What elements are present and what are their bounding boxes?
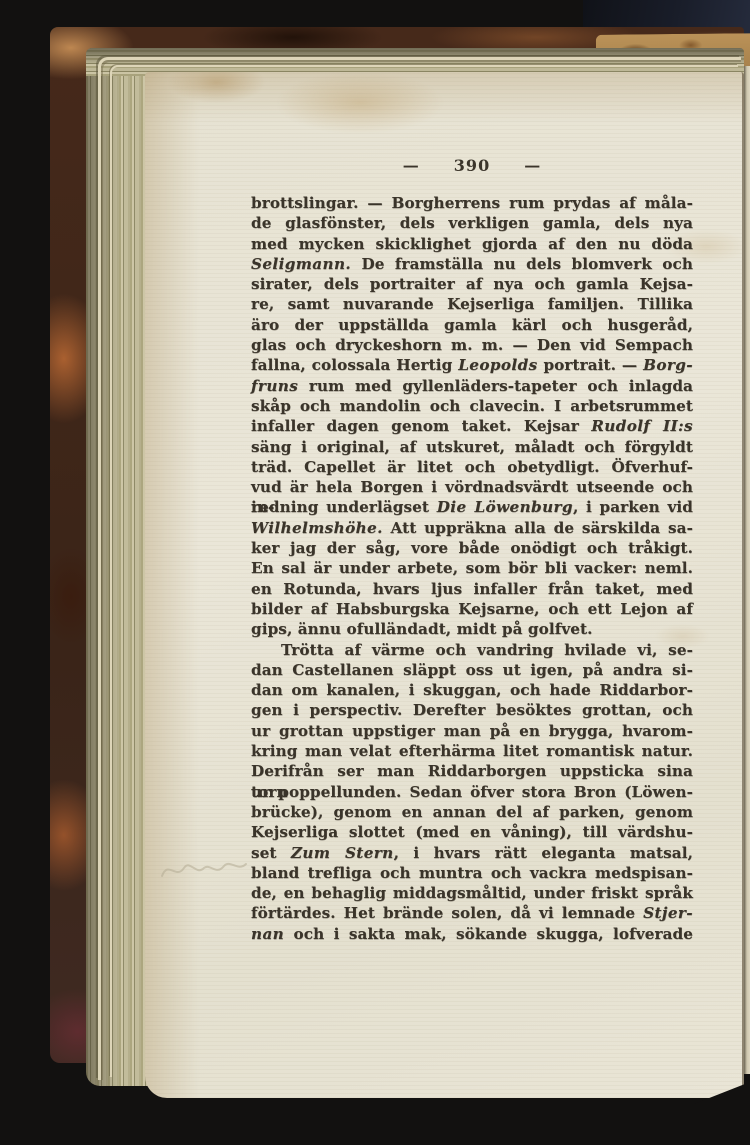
text-line: En sal är under arbete, som bör bli vack…: [251, 558, 693, 578]
text-line: dan Castellanen släppt oss ut igen, på a…: [251, 660, 693, 680]
text-block: brottslingar. — Borgherrens rum prydas a…: [251, 193, 693, 944]
text-line: förtärdes. Het brände solen, då vi lemna…: [251, 903, 693, 923]
text-line: de, en behaglig middagsmåltid, under fri…: [251, 883, 693, 903]
text-line: Derifrån ser man Riddarborgen uppsticka …: [251, 761, 693, 781]
text-line: nan och i sakta mak, sökande skugga, lof…: [251, 924, 693, 944]
pencil-scribble-mark: [158, 846, 250, 894]
adjacent-page-edge: [744, 66, 750, 1074]
page-header: — 390 —: [251, 156, 693, 175]
text-line: redning underlägset Die Löwenburg, i par…: [251, 497, 693, 517]
text-line: set Zum Stern, i hvars rätt eleganta mat…: [251, 843, 693, 863]
text-line: Seligmann. De framställa nu dels blomver…: [251, 254, 693, 274]
text-line: Trötta af värme och vandring hvilade vi,…: [251, 640, 693, 660]
photo-background: { "page": { "header": { "left_dash": "—"…: [0, 0, 750, 1145]
text-line: en Rotunda, hvars ljus infaller från tak…: [251, 579, 693, 599]
text-line: glas och dryckeshorn m. m. — Den vid Sem…: [251, 335, 693, 355]
header-dash-right: —: [524, 156, 541, 175]
text-line: träd. Capellet är litet och obetydligt. …: [251, 457, 693, 477]
text-line: brücke), genom en annan del af parken, g…: [251, 802, 693, 822]
text-line: de glasfönster, dels verkligen gamla, de…: [251, 213, 693, 233]
text-line: säng i original, af utskuret, måladt och…: [251, 437, 693, 457]
text-line: kring man velat efterhärma litet romanti…: [251, 741, 693, 761]
text-line: ur grottan uppstiger man på en brygga, h…: [251, 721, 693, 741]
text-line: bilder af Habsburgska Kejsarne, och ett …: [251, 599, 693, 619]
text-line: gen i perspectiv. Derefter besöktes grot…: [251, 700, 693, 720]
header-dash-left: —: [403, 156, 420, 175]
text-line: infaller dagen genom taket. Kejsar Rudol…: [251, 416, 693, 436]
text-line: Kejserliga slottet (med en våning), till…: [251, 822, 693, 842]
text-line: re, samt nuvarande Kejserliga familjen. …: [251, 294, 693, 314]
text-line: med mycken skicklighet gjorda af den nu …: [251, 234, 693, 254]
page-number: 390: [454, 156, 490, 175]
text-line: brottslingar. — Borgherrens rum prydas a…: [251, 193, 693, 213]
text-line: ur poppellunden. Sedan öfver stora Bron …: [251, 782, 693, 802]
text-line: bland trefliga och muntra och vackra med…: [251, 863, 693, 883]
text-line: äro der uppställda gamla kärl och husger…: [251, 315, 693, 335]
text-line: ker jag der såg, vore både onödigt och t…: [251, 538, 693, 558]
text-line: skåp och mandolin och clavecin. I arbets…: [251, 396, 693, 416]
text-line: sirater, dels portraiter af nya och gaml…: [251, 274, 693, 294]
text-line: fallna, colossala Hertig Leopolds portra…: [251, 355, 693, 375]
text-line: Wilhelmshöhe. Att uppräkna alla de särsk…: [251, 518, 693, 538]
text-line: fruns rum med gyllenläders-tapeter och i…: [251, 376, 693, 396]
text-line: dan om kanalen, i skuggan, och hade Ridd…: [251, 680, 693, 700]
text-line: vud är hela Borgen i vördnadsvärdt utsee…: [251, 477, 693, 497]
page-edges-left: [86, 48, 148, 1086]
text-line: gips, ännu ofulländadt, midt på golfvet.: [251, 619, 693, 639]
book-page: — 390 — brottslingar. — Borgherrens rum …: [145, 72, 744, 1098]
